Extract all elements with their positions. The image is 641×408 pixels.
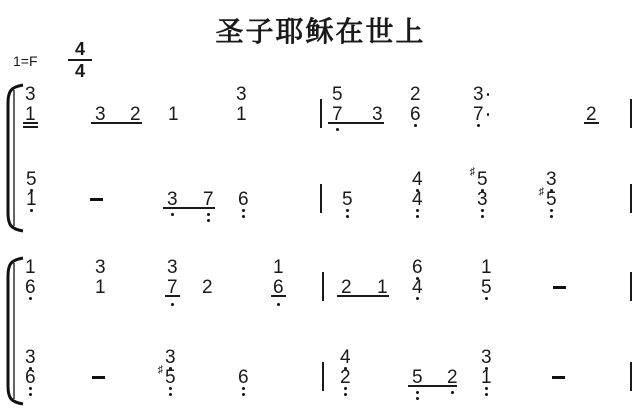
note-digit: 1 (168, 105, 179, 124)
barline (630, 184, 632, 213)
duration-dash (552, 376, 565, 379)
octave-dot (414, 124, 417, 127)
sharp-icon: ♯ (539, 187, 545, 198)
note-digit: 3 (473, 85, 484, 104)
note-digit: 7 (332, 105, 343, 124)
note-digit: 6 (238, 190, 249, 209)
note-digit: 5 (342, 190, 353, 209)
octave-dot (416, 391, 419, 394)
note-digit: 2 (130, 105, 141, 124)
octave-dot (416, 397, 419, 400)
octave-dot (550, 209, 553, 212)
note-digit: 2 (340, 368, 351, 387)
note-digit: 1 (26, 190, 37, 209)
note-digit: 6 (238, 368, 249, 387)
note-digit: 7 (473, 105, 484, 124)
octave-dot (344, 393, 347, 396)
duration-dash (90, 198, 103, 201)
barline (322, 362, 324, 391)
octave-dot (485, 393, 488, 396)
score-canvas: 313213157326372513765445♯335♯16313721621… (0, 0, 641, 408)
note-digit: 2 (202, 278, 213, 297)
note-digit: 3 (95, 258, 106, 277)
octave-dot (451, 391, 454, 394)
barline (322, 272, 324, 301)
duration-dash (92, 376, 105, 379)
octave-dot (242, 387, 245, 390)
note-digit: 1 (95, 278, 106, 297)
barline (630, 99, 632, 128)
barline (630, 272, 632, 301)
octave-dot (416, 209, 419, 212)
sharp-icon: ♯ (158, 365, 164, 376)
octave-dot (207, 213, 210, 216)
octave-dot (336, 128, 339, 131)
note-digit: 6 (412, 258, 423, 277)
note-digit: 3 (236, 85, 247, 104)
note-digit: 3 (25, 348, 36, 367)
note-digit: 5 (412, 368, 423, 387)
note-digit: 5 (481, 278, 492, 297)
octave-dot (481, 209, 484, 212)
octave-dot (416, 215, 419, 218)
sharp-icon: ♯ (470, 167, 476, 178)
note-digit: 5 (165, 368, 176, 387)
note-digit: 3 (546, 170, 557, 189)
note-digit: 4 (340, 348, 351, 367)
note-digit: 5 (332, 85, 343, 104)
octave-dot (277, 303, 280, 306)
note-digit: 1 (481, 368, 492, 387)
duration-dash (553, 286, 566, 289)
augmentation-dot (487, 113, 490, 116)
duration-underline (271, 295, 286, 297)
note-digit: 2 (341, 278, 352, 297)
octave-dot (550, 215, 553, 218)
duration-underline (23, 122, 38, 124)
octave-dot (169, 387, 172, 390)
note-digit: 4 (412, 170, 423, 189)
note-digit: 3 (165, 348, 176, 367)
octave-dot (242, 393, 245, 396)
octave-dot (29, 297, 32, 300)
duration-underline (165, 295, 180, 297)
octave-dot (346, 215, 349, 218)
octave-dot (29, 393, 32, 396)
barline (320, 184, 322, 213)
duration-underline (584, 122, 599, 124)
octave-dot (346, 209, 349, 212)
octave-dot (344, 387, 347, 390)
octave-dot (477, 124, 480, 127)
note-digit: 3 (481, 348, 492, 367)
note-digit: 3 (372, 105, 383, 124)
octave-dot (416, 297, 419, 300)
note-digit: 5 (546, 190, 557, 209)
note-digit: 4 (412, 190, 423, 209)
octave-dot (171, 213, 174, 216)
note-digit: 1 (273, 258, 284, 277)
octave-dot (171, 303, 174, 306)
octave-dot (485, 297, 488, 300)
octave-dot (242, 215, 245, 218)
note-digit: 3 (95, 105, 106, 124)
duration-underline (23, 126, 38, 128)
octave-dot (481, 215, 484, 218)
octave-dot (30, 209, 33, 212)
octave-dot (242, 209, 245, 212)
note-digit: 3 (477, 190, 488, 209)
note-digit: 6 (25, 278, 36, 297)
augmentation-dot (487, 93, 490, 96)
note-digit: 1 (25, 258, 36, 277)
note-digit: 6 (410, 105, 421, 124)
score-page: 圣子耶稣在世上 1=F 4 4 313213157326372513765445… (0, 0, 641, 408)
note-digit: 2 (447, 368, 458, 387)
note-digit: 1 (236, 105, 247, 124)
note-digit: 4 (412, 278, 423, 297)
octave-dot (485, 387, 488, 390)
note-digit: 6 (25, 368, 36, 387)
note-digit: 3 (167, 258, 178, 277)
note-digit: 5 (26, 170, 37, 189)
note-digit: 1 (377, 278, 388, 297)
note-digit: 2 (410, 85, 421, 104)
barline (320, 99, 322, 128)
note-digit: 1 (481, 258, 492, 277)
octave-dot (29, 387, 32, 390)
note-digit: 3 (167, 190, 178, 209)
octave-dot (207, 219, 210, 222)
octave-dot (169, 393, 172, 396)
note-digit: 5 (477, 170, 488, 189)
note-digit: 7 (203, 190, 214, 209)
note-digit: 3 (25, 85, 36, 104)
barline (630, 362, 632, 391)
